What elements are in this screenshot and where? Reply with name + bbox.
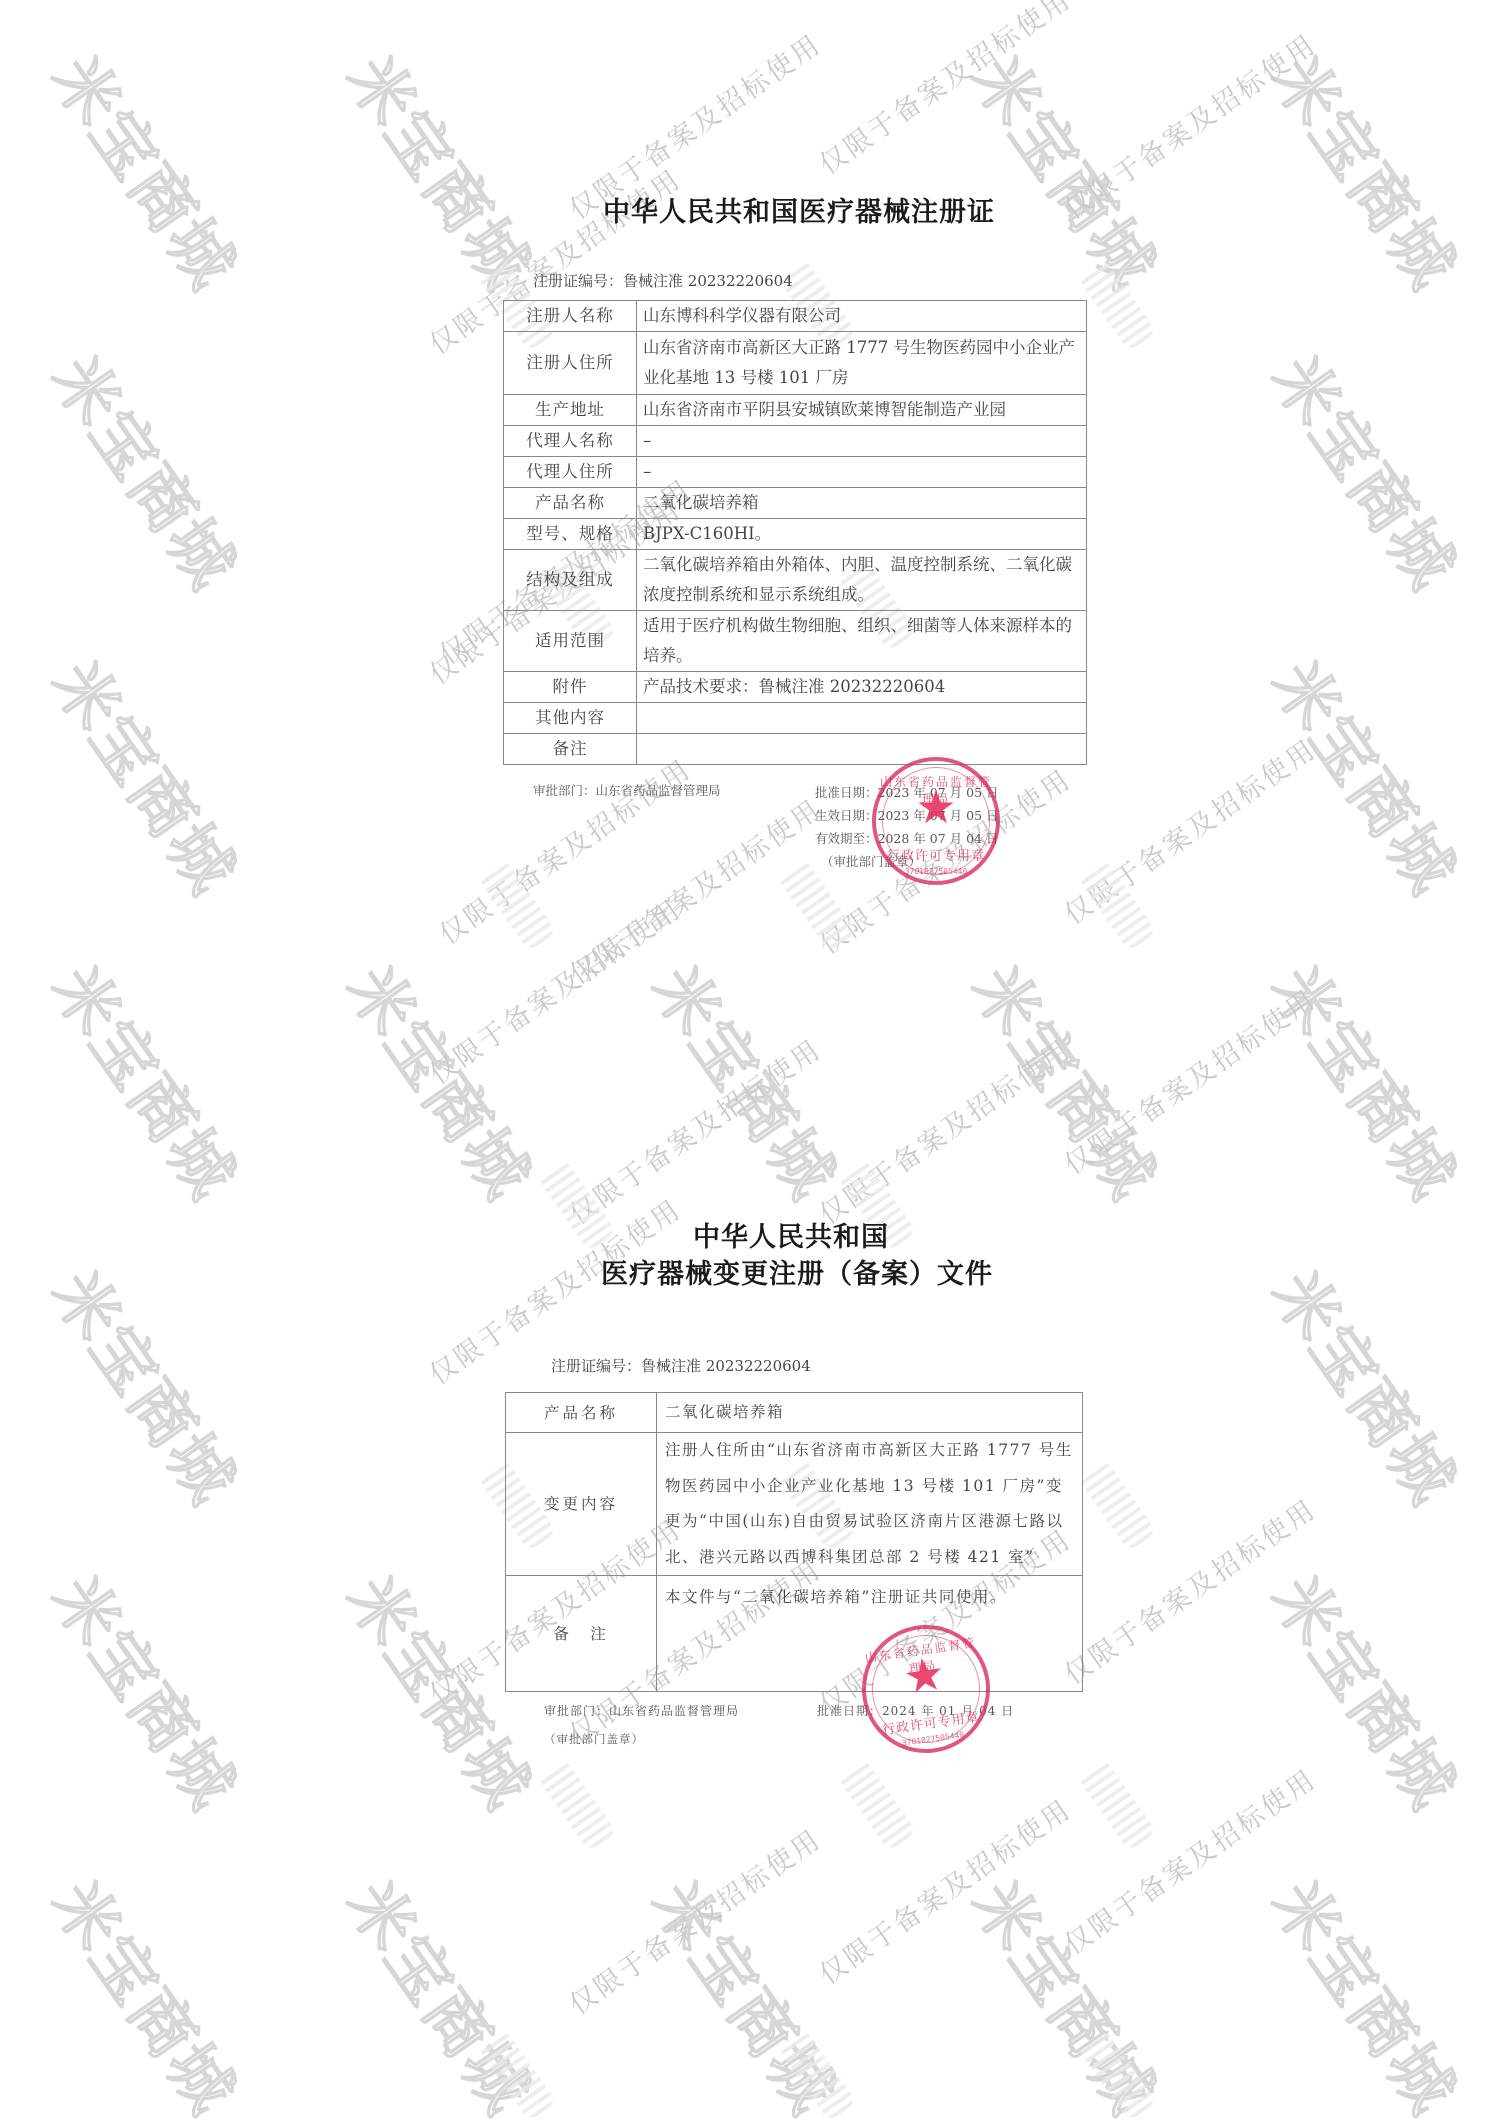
row-label: 备 注: [506, 1576, 657, 1692]
star-icon: ★: [900, 1649, 947, 1700]
row-label: 备注: [504, 734, 637, 765]
change-seal-note: （审批部门盖章）: [544, 1731, 644, 1747]
row-value: 适用于医疗机构做生物细胞、组织、细菌等人体来源样本的培养。: [637, 611, 1087, 672]
row-label: 变更内容: [506, 1433, 657, 1576]
table-row: 其他内容: [504, 703, 1087, 734]
row-label: 注册人名称: [504, 301, 637, 332]
table-row: 产品名称二氧化碳培养箱: [506, 1393, 1083, 1433]
row-value: 二氧化碳培养箱: [657, 1393, 1083, 1433]
row-value: 山东博科科学仪器有限公司: [637, 301, 1087, 332]
row-value: [637, 734, 1087, 765]
document-page: 米宝商城米宝商城米宝商城米宝商城米宝商城米宝商城米宝商城米宝商城米宝商城米宝商城…: [0, 0, 1500, 2122]
row-value: [637, 703, 1087, 734]
table-row: 注册人名称山东博科科学仪器有限公司: [504, 301, 1087, 332]
row-value: 山东省济南市平阴县安城镇欧莱博智能制造产业园: [637, 395, 1087, 426]
table-row: 备 注本文件与“二氧化碳培养箱”注册证共同使用。: [506, 1576, 1083, 1692]
row-label: 结构及组成: [504, 550, 637, 611]
certificate-title: 中华人民共和国医疗器械注册证: [603, 190, 995, 229]
seal-center-text: 行政许可专用章: [876, 845, 996, 864]
change-approval-department: 审批部门：山东省药品监督管理局: [544, 1702, 739, 1719]
star-icon: ★: [915, 784, 956, 830]
row-label: 型号、规格: [504, 519, 637, 550]
change-document-title-line2: 医疗器械变更注册（备案）文件: [601, 1252, 993, 1291]
table-row: 代理人住所–: [504, 457, 1087, 488]
table-row: 型号、规格BJPX-C160HI。: [504, 519, 1087, 550]
row-label: 附件: [504, 672, 637, 703]
table-row: 附件产品技术要求：鲁械注准 20232220604: [504, 672, 1087, 703]
change-registration-number-label: 注册证编号：: [551, 1357, 641, 1375]
table-row: 变更内容注册人住所由“山东省济南市高新区大正路 1777 号生物医药园中小企业产…: [506, 1433, 1083, 1576]
change-document-table: 产品名称二氧化碳培养箱变更内容注册人住所由“山东省济南市高新区大正路 1777 …: [505, 1392, 1083, 1692]
table-row: 产品名称二氧化碳培养箱: [504, 488, 1087, 519]
registration-number-label: 注册证编号：: [533, 272, 623, 290]
row-value: –: [637, 426, 1087, 457]
approval-department: 审批部门：山东省药品监督管理局: [533, 781, 721, 799]
change-registration-number: 注册证编号：鲁械注准 20232220604: [551, 1355, 811, 1376]
official-seal: 山东省药品监督管理局 ★ 行政许可专用章 3701027505440: [872, 757, 1000, 885]
change-document-title-line1: 中华人民共和国: [0, 1215, 1500, 1254]
row-value: –: [637, 457, 1087, 488]
table-row: 注册人住所山东省济南市高新区大正路 1777 号生物医药园中小企业产业化基地 1…: [504, 332, 1087, 395]
row-value: 二氧化碳培养箱: [637, 488, 1087, 519]
table-row: 备注: [504, 734, 1087, 765]
seal-code: 3701027505440: [876, 867, 996, 876]
row-value: 二氧化碳培养箱由外箱体、内胆、温度控制系统、二氧化碳浓度控制系统和显示系统组成。: [637, 550, 1087, 611]
registration-number-value: 鲁械注准 20232220604: [623, 272, 793, 290]
row-label: 注册人住所: [504, 332, 637, 395]
certificate-table: 注册人名称山东博科科学仪器有限公司注册人住所山东省济南市高新区大正路 1777 …: [503, 300, 1087, 765]
row-label: 产品名称: [504, 488, 637, 519]
change-registration-number-value: 鲁械注准 20232220604: [641, 1357, 811, 1375]
row-label: 产品名称: [506, 1393, 657, 1433]
registration-number: 注册证编号：鲁械注准 20232220604: [533, 270, 793, 291]
row-value: 产品技术要求：鲁械注准 20232220604: [637, 672, 1087, 703]
row-label: 适用范围: [504, 611, 637, 672]
row-value: 注册人住所由“山东省济南市高新区大正路 1777 号生物医药园中小企业产业化基地…: [657, 1433, 1083, 1576]
table-row: 结构及组成二氧化碳培养箱由外箱体、内胆、温度控制系统、二氧化碳浓度控制系统和显示…: [504, 550, 1087, 611]
row-value: BJPX-C160HI。: [637, 519, 1087, 550]
table-row: 生产地址山东省济南市平阴县安城镇欧莱博智能制造产业园: [504, 395, 1087, 426]
row-label: 代理人住所: [504, 457, 637, 488]
table-row: 代理人名称–: [504, 426, 1087, 457]
row-label: 其他内容: [504, 703, 637, 734]
row-label: 生产地址: [504, 395, 637, 426]
row-label: 代理人名称: [504, 426, 637, 457]
table-row: 适用范围适用于医疗机构做生物细胞、组织、细菌等人体来源样本的培养。: [504, 611, 1087, 672]
row-value: 山东省济南市高新区大正路 1777 号生物医药园中小企业产业化基地 13 号楼 …: [637, 332, 1087, 395]
